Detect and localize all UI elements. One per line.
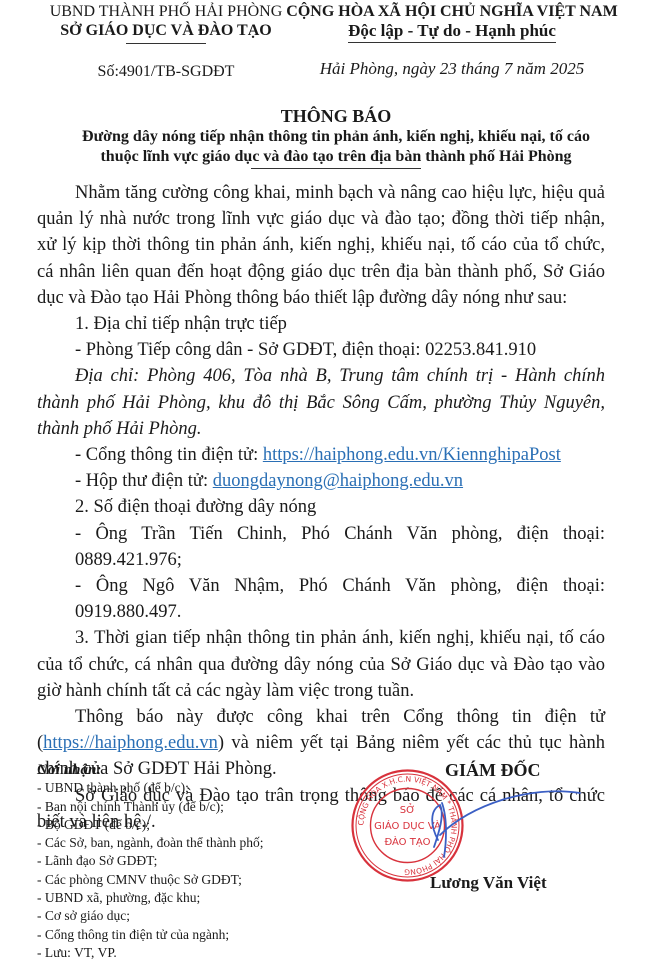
hotline-contact-2: - Ông Ngô Văn Nhậm, Phó Chánh Văn phòng,… — [37, 573, 605, 625]
recipient-item: - Cổng thông tin điện tử của ngành; — [37, 926, 263, 944]
recipient-item: - Các Sở, ban, ngành, đoàn thể thành phố… — [37, 834, 263, 852]
section-1-heading: 1. Địa chỉ tiếp nhận trực tiếp — [37, 311, 605, 337]
portal-label: - Cổng thông tin điện tử: — [75, 445, 263, 465]
signature-icon — [400, 765, 630, 875]
email-line: - Hộp thư điện tử: duongdaynong@haiphong… — [37, 468, 605, 494]
recipient-item: - Ban nội chính Thành ủy (để b/c); — [37, 798, 263, 816]
email-link[interactable]: duongdaynong@haiphong.edu.vn — [213, 471, 463, 491]
section-3-paragraph: 3. Thời gian tiếp nhận thông tin phản án… — [37, 625, 605, 704]
recipients-block: Nơi nhận: - UBND thành phố (để b/c); - B… — [37, 761, 263, 960]
reception-office: - Phòng Tiếp công dân - Sở GDĐT, điện th… — [37, 337, 605, 363]
document-body: Nhằm tăng cường công khai, minh bạch và … — [37, 180, 605, 835]
document-title-block: THÔNG BÁO Đường dây nóng tiếp nhận thông… — [0, 105, 672, 169]
divider — [251, 168, 421, 169]
document-subtitle-line-2: thuộc lĩnh vực giáo dục và đào tạo trên … — [0, 147, 672, 167]
nation-name: CỘNG HÒA XÃ HỘI CHỦ NGHĨA VIỆT NAM — [282, 2, 622, 21]
divider — [126, 43, 206, 44]
email-label: - Hộp thư điện tử: — [75, 471, 213, 491]
document-title: THÔNG BÁO — [0, 105, 672, 127]
issue-date: Hải Phòng, ngày 23 tháng 7 năm 2025 — [282, 59, 622, 79]
hotline-contact-1: - Ông Trần Tiến Chinh, Phó Chánh Văn phò… — [37, 521, 605, 573]
recipient-item: - UBND xã, phường, đặc khu; — [37, 889, 263, 907]
recipient-item: - Bộ GDĐT (để b/c); — [37, 816, 263, 834]
portal-link[interactable]: https://haiphong.edu.vn/KiennghipaPost — [263, 445, 561, 465]
website-link[interactable]: https://haiphong.edu.vn — [43, 733, 218, 753]
recipients-heading: Nơi nhận: — [37, 761, 263, 779]
office-address: Địa chỉ: Phòng 406, Tòa nhà B, Trung tâm… — [37, 363, 605, 442]
recipient-item: - Các phòng CMNV thuộc Sở GDĐT; — [37, 871, 263, 889]
recipient-item: - Lãnh đạo Sở GDĐT; — [37, 852, 263, 870]
portal-line: - Cổng thông tin điện tử: https://haipho… — [37, 442, 605, 468]
national-motto: Độc lập - Tự do - Hạnh phúc — [348, 21, 556, 43]
document-subtitle-line-1: Đường dây nóng tiếp nhận thông tin phản … — [0, 127, 672, 147]
national-heading-block: CỘNG HÒA XÃ HỘI CHỦ NGHĨA VIỆT NAM Độc l… — [282, 2, 622, 79]
recipient-item: - Cơ sở giáo dục; — [37, 907, 263, 925]
recipient-item: - Lưu: VT, VP. — [37, 944, 263, 960]
signer-name: Lương Văn Việt — [430, 873, 547, 893]
intro-paragraph: Nhằm tăng cường công khai, minh bạch và … — [37, 180, 605, 311]
section-2-heading: 2. Số điện thoại đường dây nóng — [37, 494, 605, 520]
recipient-item: - UBND thành phố (để b/c); — [37, 779, 263, 797]
